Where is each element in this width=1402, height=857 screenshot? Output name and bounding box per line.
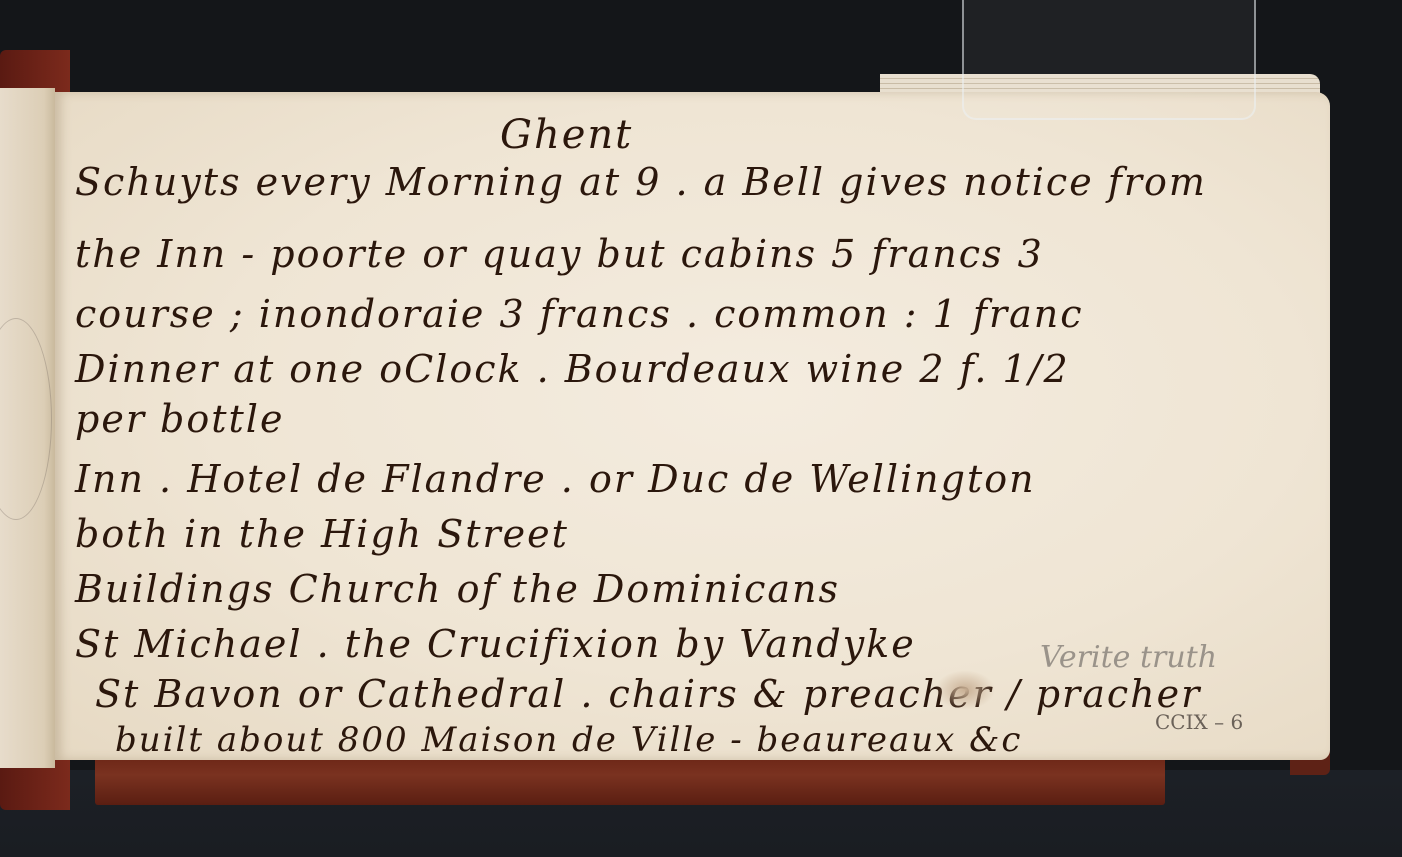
text-line-10: St Bavon or Cathedral . chairs & preache…	[95, 672, 1201, 716]
folio-number: CCIX – 6	[1155, 710, 1243, 734]
pencil-annotation: Verite truth	[1040, 640, 1217, 675]
notebook-page: Ghent Schuyts every Morning at 9 . a Bel…	[55, 92, 1330, 760]
book-cover-bottom	[95, 755, 1165, 805]
acrylic-page-clip	[962, 0, 1256, 120]
text-line-3: course ; inondoraie 3 francs . common : …	[75, 292, 1084, 336]
text-line-8: Buildings Church of the Dominicans	[75, 567, 840, 611]
text-line-2: the Inn - poorte or quay but cabins 5 fr…	[75, 232, 1044, 276]
pencil-sketch	[0, 318, 52, 520]
text-line-1: Schuyts every Morning at 9 . a Bell give…	[75, 160, 1207, 204]
text-line-4: Dinner at one oClock . Bourdeaux wine 2 …	[75, 347, 1070, 391]
text-line-5: per bottle	[75, 397, 284, 441]
text-line-6: Inn . Hotel de Flandre . or Duc de Welli…	[75, 457, 1036, 501]
text-line-11: built about 800 Maison de Ville - beaure…	[115, 720, 1022, 760]
left-page	[0, 88, 55, 768]
text-line-9: St Michael . the Crucifixion by Vandyke	[75, 622, 916, 666]
paper-stain	[935, 670, 995, 710]
text-line-7: both in the High Street	[75, 512, 569, 556]
page-title: Ghent	[500, 112, 633, 158]
